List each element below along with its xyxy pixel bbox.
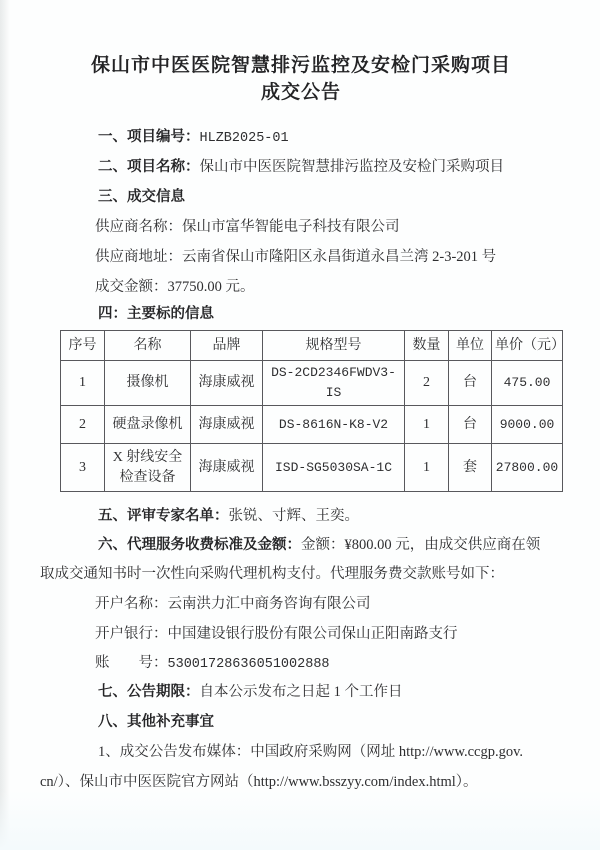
project-number-value: HLZB2025-01 <box>200 131 289 146</box>
notice-period-value: 自本公示发布之日起 1 个工作日 <box>200 684 403 700</box>
cell-unit-price: 9000.00 <box>492 406 563 444</box>
experts-value: 张锐、寸辉、王奕。 <box>229 508 360 524</box>
header-index: 序号 <box>61 331 105 361</box>
agency-fee-value: 金额：¥800.00 元，由成交供应商在领 <box>301 537 540 553</box>
deal-amount-line: 成交金额：37750.00 元。 <box>40 272 562 302</box>
document-content: 保山市中医医院智慧排污监控及安检门采购项目 成交公告 一、项目编号：HLZB20… <box>0 0 600 797</box>
bank-name-line: 开户银行：中国建设银行股份有限公司保山正阳南路支行 <box>40 619 562 649</box>
cell-name: 摄像机 <box>105 361 191 406</box>
cell-index: 2 <box>61 406 105 444</box>
cell-quantity: 2 <box>405 361 449 406</box>
account-number-line: 账 号：53001728636051002888 <box>40 649 562 678</box>
deal-amount-value: 37750.00 元。 <box>168 279 255 295</box>
cell-unit-price: 27800.00 <box>492 444 563 492</box>
supplier-address-label: 供应商地址： <box>95 249 182 265</box>
cell-model: ISD-SG5030SA-1C <box>263 444 405 492</box>
agency-fee-line: 六、代理服务收费标准及金额：金额：¥800.00 元，由成交供应商在领 <box>40 531 562 560</box>
cell-unit-price: 475.00 <box>492 361 563 406</box>
header-name: 名称 <box>105 331 191 361</box>
header-unit: 单位 <box>449 331 492 361</box>
table-row: 2 硬盘录像机 海康威视 DS-8616N-K8-V2 1 台 9000.00 <box>61 406 563 444</box>
supplier-address-value: 云南省保山市隆阳区永昌街道永昌兰湾 2-3-201 号 <box>182 249 496 265</box>
document-title: 保山市中医医院智慧排污监控及安检门采购项目 成交公告 <box>40 52 562 106</box>
items-table: 序号 名称 品牌 规格型号 数量 单位 单价（元） 1 摄像机 海康威视 DS-… <box>60 330 563 492</box>
project-name-label: 二、项目名称： <box>98 159 200 175</box>
cell-name: 硬盘录像机 <box>105 406 191 444</box>
supplier-name-label: 供应商名称： <box>95 219 182 235</box>
account-number-label: 账 号： <box>95 655 168 671</box>
cell-quantity: 1 <box>405 406 449 444</box>
notice-period-line: 七、公告期限：自本公示发布之日起 1 个工作日 <box>40 678 562 707</box>
deal-info-heading: 三、成交信息 <box>40 182 562 212</box>
account-name-value: 云南洪力汇中商务咨询有限公司 <box>168 596 371 612</box>
title-line-2: 成交公告 <box>40 79 562 106</box>
publish-media-line-1: 1、成交公告发布媒体：中国政府采购网（网址 http://www.ccgp.go… <box>40 737 562 767</box>
table-row: 1 摄像机 海康威视 DS-2CD2346FWDV3-IS 2 台 475.00 <box>61 361 563 406</box>
cell-model: DS-2CD2346FWDV3-IS <box>263 361 405 406</box>
bank-name-value: 中国建设银行股份有限公司保山正阳南路支行 <box>168 626 458 642</box>
cell-index: 3 <box>61 444 105 492</box>
experts-line: 五、评审专家名单：张锐、寸辉、王奕。 <box>40 502 562 531</box>
experts-label: 五、评审专家名单： <box>98 508 229 524</box>
notice-period-label: 七、公告期限： <box>98 684 200 700</box>
project-name-line: 二、项目名称：保山市中医医院智慧排污监控及安检门采购项目 <box>40 152 562 182</box>
table-row: 3 X 射线安全检查设备 海康威视 ISD-SG5030SA-1C 1 套 27… <box>61 444 563 492</box>
title-line-1: 保山市中医医院智慧排污监控及安检门采购项目 <box>40 52 562 79</box>
supplier-name-value: 保山市富华智能电子科技有限公司 <box>182 219 400 235</box>
deal-amount-label: 成交金额： <box>95 279 168 295</box>
cell-unit: 套 <box>449 444 492 492</box>
supplier-name-line: 供应商名称：保山市富华智能电子科技有限公司 <box>40 212 562 242</box>
other-matters-heading: 八、其他补充事宜 <box>40 707 562 737</box>
table-header-row: 序号 名称 品牌 规格型号 数量 单位 单价（元） <box>61 331 563 361</box>
cell-unit: 台 <box>449 406 492 444</box>
header-model: 规格型号 <box>263 331 405 361</box>
bank-name-label: 开户银行： <box>95 626 168 642</box>
main-subject-heading: 四：主要标的信息 <box>40 302 562 328</box>
agency-fee-continuation: 取成交通知书时一次性向采购代理机构支付。代理服务费交款账号如下： <box>40 560 562 589</box>
cell-quantity: 1 <box>405 444 449 492</box>
agency-fee-label: 六、代理服务收费标准及金额： <box>98 537 301 553</box>
header-quantity: 数量 <box>405 331 449 361</box>
supplier-address-line: 供应商地址：云南省保山市隆阳区永昌街道永昌兰湾 2-3-201 号 <box>40 242 562 272</box>
cell-model: DS-8616N-K8-V2 <box>263 406 405 444</box>
cell-index: 1 <box>61 361 105 406</box>
header-brand: 品牌 <box>191 331 263 361</box>
project-number-label: 一、项目编号： <box>98 129 200 145</box>
cell-name: X 射线安全检查设备 <box>105 444 191 492</box>
cell-brand: 海康威视 <box>191 444 263 492</box>
account-number-value: 53001728636051002888 <box>168 657 330 672</box>
project-number-line: 一、项目编号：HLZB2025-01 <box>40 122 562 152</box>
account-name-line: 开户名称：云南洪力汇中商务咨询有限公司 <box>40 589 562 619</box>
document-page: 保山市中医医院智慧排污监控及安检门采购项目 成交公告 一、项目编号：HLZB20… <box>0 0 600 850</box>
publish-media-line-2: cn/）、保山市中医医院官方网站（http://www.bsszyy.com/i… <box>40 767 562 797</box>
header-unit-price: 单价（元） <box>492 331 563 361</box>
project-name-value: 保山市中医医院智慧排污监控及安检门采购项目 <box>200 159 505 175</box>
cell-brand: 海康威视 <box>191 361 263 406</box>
cell-unit: 台 <box>449 361 492 406</box>
account-name-label: 开户名称： <box>95 596 168 612</box>
cell-brand: 海康威视 <box>191 406 263 444</box>
